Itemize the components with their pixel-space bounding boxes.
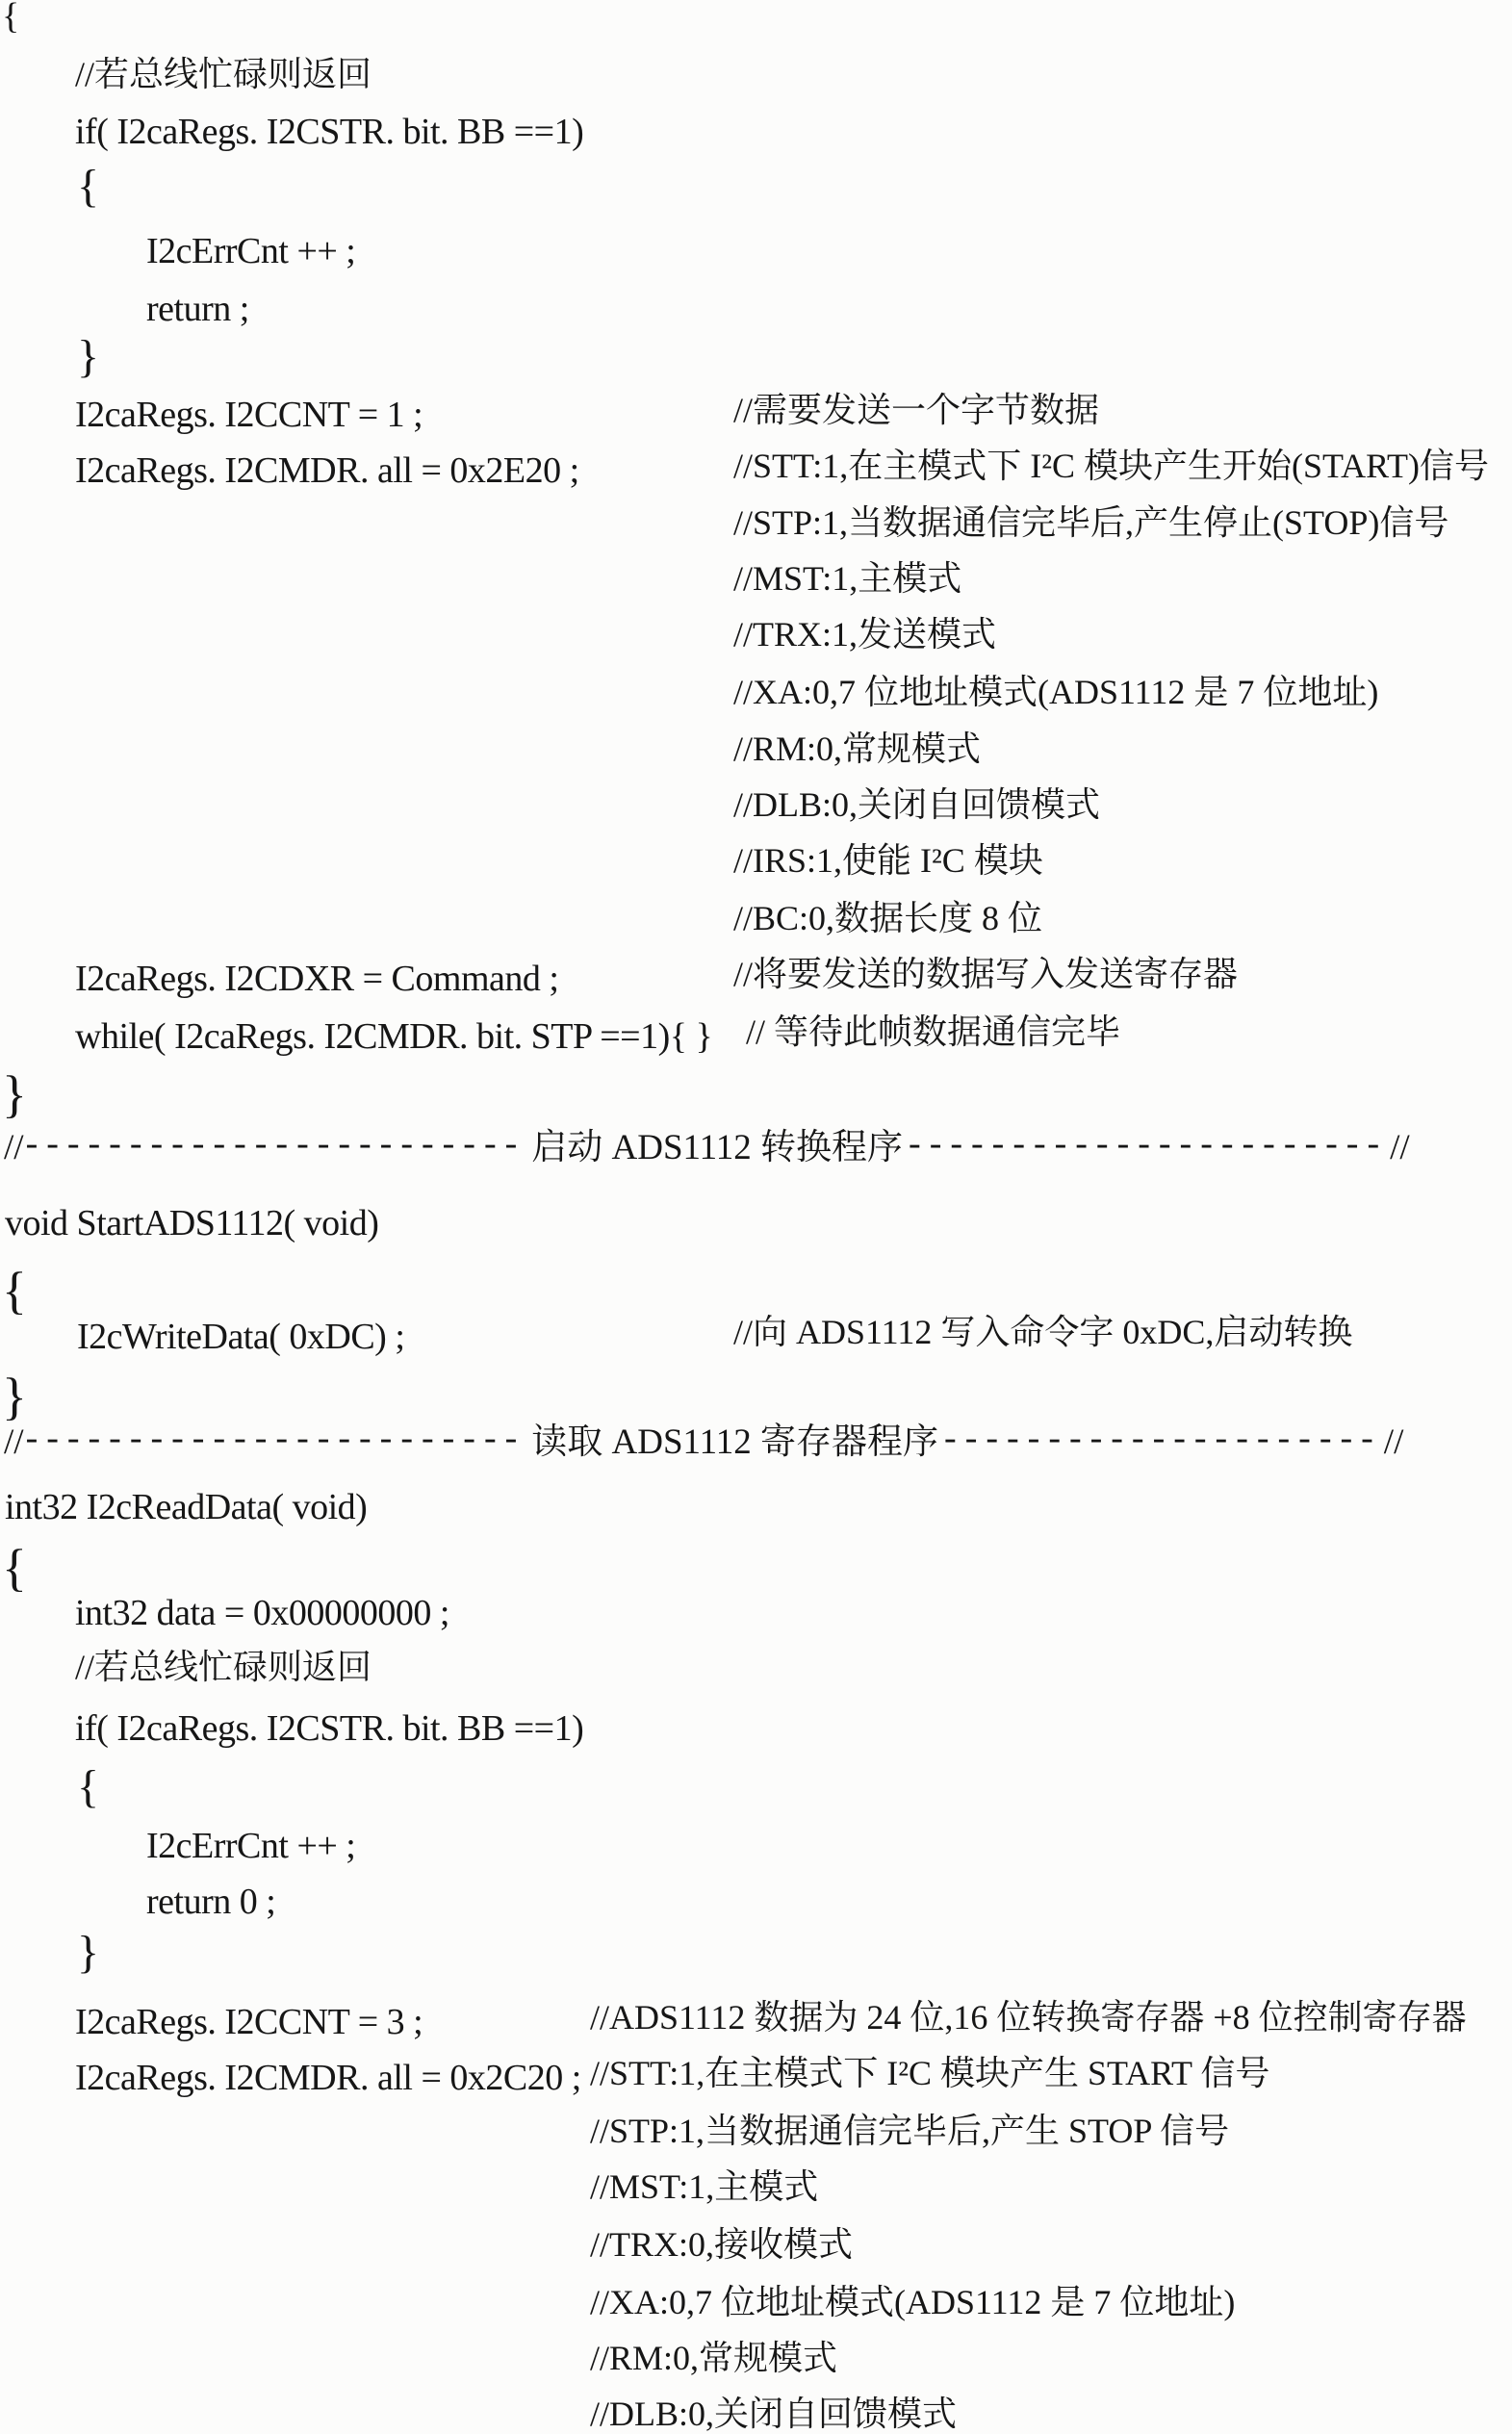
divider-open-slashes: //: [4, 1423, 24, 1463]
close-brace: }: [77, 334, 99, 380]
comment-line: //需要发送一个字节数据: [733, 391, 1099, 430]
code-line: I2caRegs. I2CMDR. all = 0x2E20 ;: [75, 450, 579, 492]
comment-line: //XA:0,7 位地址模式(ADS1112 是 7 位地址): [733, 673, 1378, 712]
divider-left-dashes: ------------------------: [26, 1124, 526, 1165]
comment-line: //MST:1,主模式: [733, 559, 961, 599]
close-brace: }: [2, 1371, 27, 1422]
comment-line: //TRX:0,接收模式: [590, 2225, 853, 2265]
divider-close-slashes: //: [1390, 1129, 1410, 1168]
comment-line: //RM:0,常规模式: [590, 2339, 837, 2378]
close-brace: }: [77, 1930, 99, 1976]
comment-line: //将要发送的数据写入发送寄存器: [733, 955, 1238, 994]
scanned-code-page: { //若总线忙碌则返回 if( I2caRegs. I2CSTR. bit. …: [0, 0, 1512, 2434]
comment-line: //STT:1,在主模式下 I²C 模块产生开始(START)信号: [733, 447, 1489, 486]
function-signature: void StartADS1112( void): [5, 1203, 378, 1244]
code-line: I2caRegs. I2CCNT = 1 ;: [75, 395, 423, 436]
divider-close-slashes: //: [1384, 1423, 1404, 1463]
open-brace: {: [2, 1265, 27, 1317]
comment-line: //若总线忙碌则返回: [75, 55, 372, 94]
divider-right-dashes: -----------------------: [909, 1124, 1388, 1165]
divider-left-dashes: ------------------------: [26, 1419, 526, 1459]
comment-line: // 等待此帧数据通信完毕: [746, 1012, 1120, 1052]
code-line: I2caRegs. I2CMDR. all = 0x2C20 ;: [75, 2058, 581, 2099]
open-brace: {: [77, 1764, 99, 1810]
open-brace: {: [2, 1542, 27, 1594]
comment-line: //STP:1,当数据通信完毕后,产生 STOP 信号: [590, 2112, 1229, 2151]
divider-open-slashes: //: [4, 1129, 24, 1168]
code-line: if( I2caRegs. I2CSTR. bit. BB ==1): [75, 112, 583, 153]
code-line: I2cErrCnt ++ ;: [146, 1826, 355, 1867]
comment-line: //IRS:1,使能 I²C 模块: [733, 841, 1043, 881]
code-line: int32 data = 0x00000000 ;: [75, 1593, 449, 1634]
divider-right-dashes: ---------------------: [944, 1419, 1382, 1459]
comment-line: //RM:0,常规模式: [733, 730, 981, 769]
code-line: I2cWriteData( 0xDC) ;: [77, 1317, 404, 1358]
open-brace: {: [2, 0, 19, 35]
code-line: I2cErrCnt ++ ;: [146, 231, 355, 272]
comment-line: //XA:0,7 位地址模式(ADS1112 是 7 位地址): [590, 2283, 1235, 2322]
code-line: if( I2caRegs. I2CSTR. bit. BB ==1): [75, 1708, 583, 1750]
function-signature: int32 I2cReadData( void): [5, 1487, 367, 1528]
comment-line: //DLB:0,关闭自回馈模式: [733, 785, 1100, 825]
code-line: return 0 ;: [146, 1882, 275, 1923]
comment-line: //MST:1,主模式: [590, 2167, 818, 2207]
close-brace: }: [2, 1068, 27, 1120]
comment-line: //若总线忙碌则返回: [75, 1648, 372, 1687]
section-divider-start: // ------------------------ 启动 ADS1112 转…: [2, 1128, 1412, 1168]
comment-line: //BC:0,数据长度 8 位: [733, 899, 1042, 938]
code-line: while( I2caRegs. I2CMDR. bit. STP ==1){ …: [75, 1016, 712, 1058]
comment-line: //ADS1112 数据为 24 位,16 位转换寄存器 +8 位控制寄存器: [590, 1998, 1467, 2037]
comment-line: //DLB:0,关闭自回馈模式: [590, 2395, 957, 2434]
section-divider-read: // ------------------------ 读取 ADS1112 寄…: [2, 1422, 1405, 1463]
open-brace: {: [77, 164, 99, 210]
code-line: return ;: [146, 289, 249, 330]
comment-line: //STT:1,在主模式下 I²C 模块产生 START 信号: [590, 2054, 1269, 2093]
comment-line: //向 ADS1112 写入命令字 0xDC,启动转换: [733, 1313, 1352, 1352]
code-line: I2caRegs. I2CCNT = 3 ;: [75, 2002, 423, 2043]
divider-title: 启动 ADS1112 转换程序: [531, 1129, 903, 1168]
code-line: I2caRegs. I2CDXR = Command ;: [75, 959, 558, 1000]
divider-title: 读取 ADS1112 寄存器程序: [531, 1423, 938, 1463]
comment-line: //STP:1,当数据通信完毕后,产生停止(STOP)信号: [733, 503, 1448, 543]
comment-line: //TRX:1,发送模式: [733, 615, 996, 654]
